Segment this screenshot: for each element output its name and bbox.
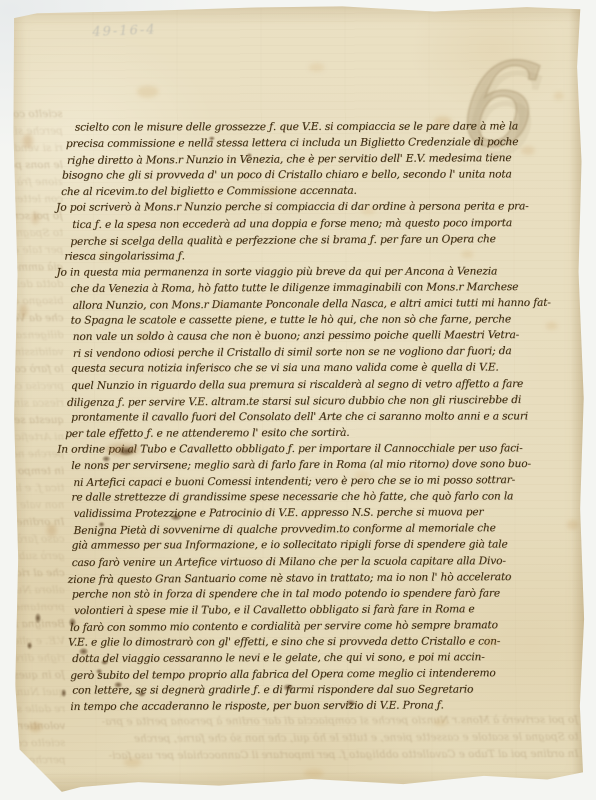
foxing-spot bbox=[434, 116, 452, 126]
manuscript-line: quel Nunzio in riguardo della sua premur… bbox=[57, 375, 572, 393]
ink-blot bbox=[99, 522, 105, 527]
scan-background: 49-16-4 6 scielto con le misure delle gr… bbox=[0, 0, 596, 800]
manuscript-line: to Spagna le scatole e cassette piene, e… bbox=[57, 311, 572, 328]
ink-blot bbox=[79, 648, 88, 655]
foxing-spot bbox=[433, 718, 447, 726]
foxing-spot bbox=[29, 722, 41, 732]
foxing-spot bbox=[20, 304, 28, 318]
foxing-spot bbox=[261, 187, 281, 197]
ink-blot bbox=[247, 153, 252, 157]
foxing-spot bbox=[554, 92, 564, 100]
manuscript-line: già ammesso per sua Informazione, e io s… bbox=[58, 537, 573, 554]
pencil-annotation: 49-16-4 bbox=[92, 23, 157, 41]
ink-bleedthrough-bottom: Jo poi scriverò à Mons.r Nunzio perche s… bbox=[33, 712, 578, 776]
ink-blot bbox=[283, 684, 293, 691]
manuscript-line: perche non stò in forza di spendere che … bbox=[58, 585, 573, 602]
foxing-spot bbox=[483, 638, 497, 647]
manuscript-line: in tempo che accaderanno le risposte, pe… bbox=[58, 697, 573, 715]
ink-blot bbox=[69, 618, 76, 627]
foxing-spot bbox=[136, 332, 150, 340]
manuscript-line: riesca singolarissima ƒ. bbox=[56, 247, 571, 264]
foxing-spot bbox=[461, 250, 473, 258]
ink-blot bbox=[118, 447, 134, 456]
foxing-spot bbox=[215, 301, 229, 309]
bleedthrough-line: In ordine poi al Tubo e Cavalletto obbli… bbox=[34, 746, 579, 765]
letter-paragraph: scielto con le misure delle grossezze ƒ.… bbox=[56, 118, 571, 201]
ink-blot bbox=[102, 456, 110, 462]
foxing-spot bbox=[304, 769, 324, 778]
ink-blot bbox=[209, 136, 215, 140]
ink-blot bbox=[61, 689, 66, 697]
manuscript-line: con lettere, se si degnerà gradirle ƒ. e… bbox=[58, 682, 573, 699]
foxing-spot bbox=[354, 471, 370, 480]
foxing-spot bbox=[124, 758, 142, 767]
foxing-spot bbox=[31, 212, 39, 224]
manuscript-line: scielto con le misure delle grossezze ƒ.… bbox=[56, 118, 571, 135]
ink-blot bbox=[346, 700, 355, 706]
letter-paragraph: In ordine poi al Tubo e Cavalletto obbli… bbox=[57, 440, 573, 716]
manuscript-line: re dalle strettezze di grandissime spese… bbox=[57, 488, 572, 505]
manuscript-line: questa secura notizia inferisco che se v… bbox=[57, 360, 572, 377]
ink-blot bbox=[138, 692, 145, 697]
manuscript-line: caso farò venire un Artefice virtuoso di… bbox=[58, 552, 573, 570]
manuscript-line: Jo in questa mia permanenza in sorte via… bbox=[56, 263, 571, 280]
foxing-spot bbox=[23, 134, 33, 148]
manuscript-line: Jo poi scriverò à Mons.r Nunzio perche s… bbox=[56, 199, 571, 216]
manuscript-page: 49-16-4 6 scielto con le misure delle gr… bbox=[8, 4, 587, 796]
manuscript-line: bisogno che gli si provveda d' un poco d… bbox=[56, 167, 571, 184]
foxing-spot bbox=[521, 146, 535, 155]
foxing-spot bbox=[567, 520, 579, 530]
foxing-stains bbox=[8, 4, 584, 7]
foxing-spot bbox=[546, 322, 558, 330]
ink-blot bbox=[170, 514, 181, 521]
letter-paragraph: Jo in questa mia permanenza in sorte via… bbox=[56, 263, 572, 442]
foxing-spot bbox=[361, 207, 375, 215]
ink-blot bbox=[27, 642, 32, 649]
ink-blot bbox=[101, 660, 108, 665]
ink-blot bbox=[96, 669, 102, 674]
ink-blot bbox=[114, 682, 122, 688]
foxing-spot bbox=[47, 524, 57, 536]
foxing-spot bbox=[309, 63, 325, 72]
foxing-spot bbox=[137, 86, 159, 98]
manuscript-line: prontamente il cavallo fuori del Consola… bbox=[57, 408, 572, 425]
ink-blots bbox=[8, 4, 584, 7]
foxing-spot bbox=[99, 252, 111, 260]
letter-body: scielto con le misure delle grossezze ƒ.… bbox=[56, 118, 574, 716]
ink-blot bbox=[35, 613, 41, 623]
letter-paragraph: Jo poi scriverò à Mons.r Nunzio perche s… bbox=[56, 198, 571, 265]
manuscript-line: tica ƒ. e la spesa non eccederà ad una d… bbox=[56, 214, 571, 232]
